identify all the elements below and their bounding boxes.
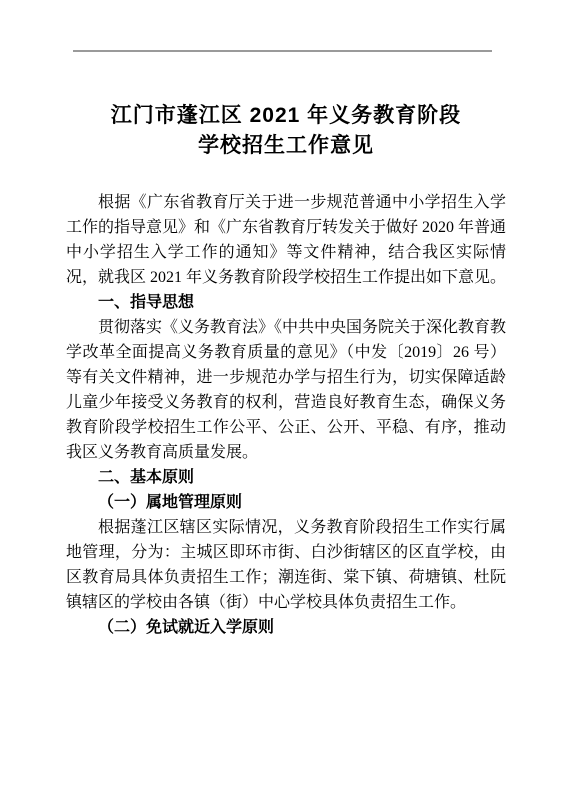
document-title-line-2: 学校招生工作意见	[66, 131, 506, 161]
section-2-heading: 二、基本原则	[66, 465, 506, 490]
section-2-subsection-1-body-paragraph: 根据蓬江区辖区实际情况，义务教育阶段招生工作实行属地管理，分为：主城区即环市街、…	[66, 515, 506, 615]
section-1-body-paragraph: 贯彻落实《义务教育法》《中共中央国务院关于深化教育教学改革全面提高义务教育质量的…	[66, 315, 506, 465]
document-title-line-1: 江门市蓬江区 2021 年义务教育阶段	[66, 101, 506, 131]
section-2-subsection-1-heading: （一）属地管理原则	[66, 490, 506, 515]
document-title: 江门市蓬江区 2021 年义务教育阶段 学校招生工作意见	[66, 101, 506, 161]
intro-paragraph: 根据《广东省教育厅关于进一步规范普通中小学招生入学工作的指导意见》和《广东省教育…	[66, 190, 506, 290]
section-1-heading: 一、指导思想	[66, 290, 506, 315]
section-2-subsection-2-heading: （二）免试就近入学原则	[66, 615, 506, 640]
document-page: 江门市蓬江区 2021 年义务教育阶段 学校招生工作意见 根据《广东省教育厅关于…	[0, 0, 566, 800]
document-content: 江门市蓬江区 2021 年义务教育阶段 学校招生工作意见 根据《广东省教育厅关于…	[66, 0, 506, 640]
